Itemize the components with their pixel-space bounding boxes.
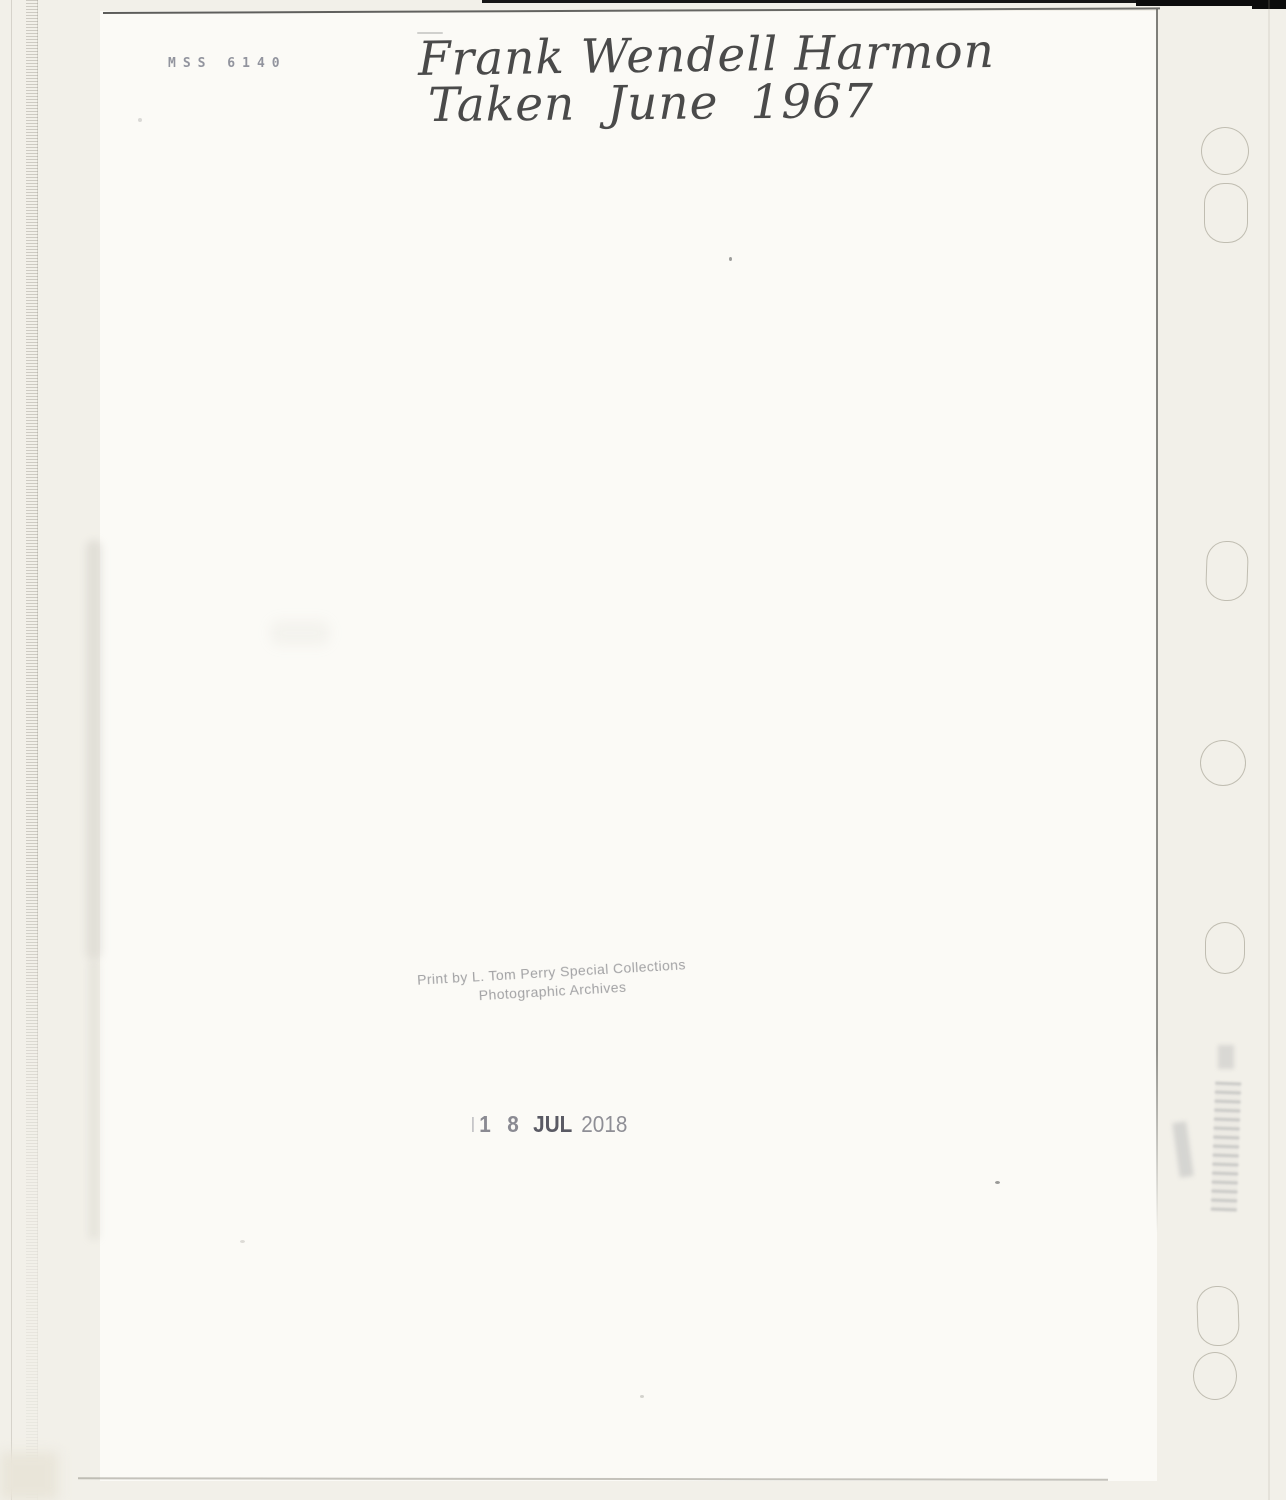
date-stamp-day: 1 8 [479,1111,524,1138]
punch-hole [1196,1285,1240,1346]
punch-hole [1204,183,1248,243]
smudge [86,540,102,960]
paper-right-edge [1156,9,1158,1233]
sleeve-left-edge-line [11,0,12,1500]
smudge [270,620,330,646]
bottom-left-shading [0,1452,58,1500]
speck [640,1395,644,1398]
smudge [88,960,100,1240]
scanned-document: MSS 6140 Frank Wendell Harmon Taken June… [0,0,1286,1500]
margin-smear-marks [1211,1082,1242,1213]
margin-smear-marks [1218,1045,1234,1069]
punch-hole [1200,740,1246,786]
speck [995,1181,1000,1184]
punch-hole [1201,127,1249,175]
punch-hole [1205,540,1249,601]
speck [240,1240,245,1243]
date-stamp-edge-mark [472,1117,474,1132]
date-stamp-year: 2018 [581,1111,627,1138]
photo-back-paper [100,11,1157,1481]
date-stamp-month: JUL [533,1111,572,1138]
punch-hole [1193,1352,1237,1400]
punch-hole [1205,922,1245,974]
speck [138,118,142,122]
margin-smear-marks [1172,1121,1194,1177]
sleeve-right-streak [1268,0,1270,1500]
date-stamp: 1 8 JUL 2018 [472,1111,627,1138]
accession-number-stamp: MSS 6140 [168,56,287,71]
sleeve-binding-ribs [26,0,38,1500]
speck [729,257,732,261]
handwritten-date-note: Taken June 1967 [428,74,874,133]
